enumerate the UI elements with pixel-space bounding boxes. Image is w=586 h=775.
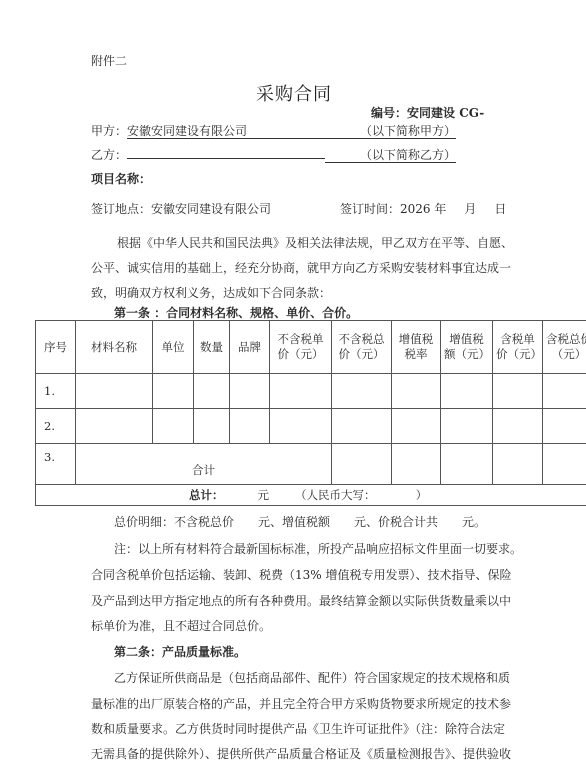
cell-total-ex-tax[interactable] [332,409,392,444]
cell-vat-amount[interactable] [441,409,493,444]
contract-number-value: 安同建设 CG- [407,106,484,120]
cell-vat-rate[interactable] [392,374,441,409]
table-header-row: 序号 材料名称 单位 数量 品牌 不含税单价（元） 不含税总价（元） 增值税税率… [36,321,586,374]
party-b-field[interactable] [127,158,325,159]
cell-vat-amount[interactable] [441,374,493,409]
article-2-line-1: 乙方保证所供商品是（包括商品部件、配件）符合国家规定的技术规格和质 [114,669,510,686]
col-header-quantity: 数量 [194,321,230,374]
note-line-4: 标单价为准，且不超过合同总价。 [91,617,271,634]
cell-quantity[interactable] [194,374,230,409]
sign-day: 日 [494,202,506,216]
article-2-line-3: 数和质量要求。乙方供货时同时提供产品《卫生许可证批件》（注：除符合法定 [91,720,505,737]
cell-total-ex-tax[interactable] [332,374,392,409]
row-seq: 3. [36,444,76,485]
cell-quantity[interactable] [194,409,230,444]
subtotal-vat-amount[interactable] [441,444,493,485]
col-header-unit-price-ex-tax: 不含税单价（元） [270,321,332,374]
cell-material-name[interactable] [76,374,153,409]
col-header-vat-rate: 增值税税率 [392,321,441,374]
col-header-unit: 单位 [153,321,194,374]
col-header-unit-price-inc-tax: 含税单价（元） [493,321,543,374]
party-b-label: 乙方： [91,148,127,162]
subtotal-row: 3. 合计 [36,444,586,485]
party-a-label: 甲方： [91,124,127,138]
sign-time-label: 签订时间： [340,202,400,216]
grand-total-cell: 总计：元（人民币大写： ） [36,485,586,506]
cell-unit-price-inc-tax[interactable] [493,409,543,444]
row-seq: 1. [36,374,76,409]
subtotal-unit-price-inc-tax[interactable] [493,444,543,485]
project-name-label: 项目名称： [91,170,151,187]
materials-table: 序号 材料名称 单位 数量 品牌 不含税单价（元） 不含税总价（元） 增值税税率… [35,320,586,506]
sign-year: 2026 年 [400,202,446,216]
contract-number-label: 编号： [371,106,407,120]
grand-total-row: 总计：元（人民币大写： ） [36,485,586,506]
note-line-1: 注：以上所有材料符合最新国标标准，所投产品响应招标文件里面一切要求。 [114,540,522,557]
article-2-line-2: 量标准的出厂原装合格的产品，并且完全符合甲方采购货物要求所规定的技术参 [91,695,511,712]
cell-total-inc-tax[interactable] [543,374,586,409]
grand-total-rmb-words: （人民币大写： ） [295,488,427,502]
row-seq: 2. [36,409,76,444]
cell-vat-rate[interactable] [392,409,441,444]
article-2-heading: 第二条：产品质量标准。 [114,643,246,660]
cell-brand[interactable] [230,409,270,444]
sign-time: 签订时间：2026 年月日 [340,200,506,217]
sign-month: 月 [464,202,476,216]
cell-unit[interactable] [153,409,194,444]
subtotal-total-ex-tax[interactable] [332,444,392,485]
document-title: 采购合同 [256,80,332,106]
subtotal-total-inc-tax[interactable] [543,444,586,485]
intro-line-3: 致，明确双方权利义务，达成如下合同条款： [91,284,331,301]
contract-number: 编号：安同建设 CG- [371,104,484,121]
party-a-field[interactable]: 安徽安同建设有限公司 [127,124,325,139]
table-row: 1. [36,374,586,409]
col-header-brand: 品牌 [230,321,270,374]
col-header-total-inc-tax: 含税总价（元） [543,321,586,374]
price-detail: 总价明细：不含税总价 元、增值税额 元、价税合计共 元。 [114,513,486,530]
col-header-material-name: 材料名称 [76,321,153,374]
cell-unit-price-ex-tax[interactable] [270,374,332,409]
col-header-seq: 序号 [36,321,76,374]
party-a-note: （以下简称甲方） [325,124,456,139]
party-b-line: 乙方：（以下简称乙方） [91,146,456,163]
cell-brand[interactable] [230,374,270,409]
article-2-line-4: 无需具备的提供除外）、提供所供产品质量合格证及《质量检测报告》、提供验收 [91,745,511,762]
attachment-label: 附件二 [91,52,127,69]
intro-line-2: 公平、诚实信用的基础上，经充分协商，就甲方向乙方采购安装材料事宜达成一 [91,259,511,276]
cell-total-inc-tax[interactable] [543,409,586,444]
sign-place-value: 安徽安同建设有限公司 [151,202,271,216]
party-a-line: 甲方：安徽安同建设有限公司（以下简称甲方） [91,122,456,139]
grand-total-unit: 元 [258,488,270,502]
cell-unit-price-inc-tax[interactable] [493,374,543,409]
col-header-total-ex-tax: 不含税总价（元） [332,321,392,374]
note-line-3: 及产品到达甲方指定地点的所有各种费用。最终结算金额以实际供货数量乘以中 [91,592,511,609]
cell-unit[interactable] [153,374,194,409]
intro-line-1: 根据《中华人民共和国民法典》及相关法律法规，甲乙双方在平等、自愿、 [117,234,513,251]
note-line-2: 合同含税单价包括运输、装卸、税费（13% 增值税专用发票）、技术指导、保险 [91,566,512,583]
subtotal-vat-rate[interactable] [392,444,441,485]
cell-material-name[interactable] [76,409,153,444]
party-b-note: （以下简称乙方） [325,148,456,163]
sign-place-label: 签订地点： [91,202,151,216]
grand-total-label: 总计： [189,488,224,502]
party-a-value: 安徽安同建设有限公司 [127,124,247,138]
cell-unit-price-ex-tax[interactable] [270,409,332,444]
table-row: 2. [36,409,586,444]
subtotal-label: 合计 [76,444,332,485]
article-1-heading: 第一条 ：合同材料名称、规格、单价、合价。 [114,304,358,321]
col-header-vat-amount: 增值税额（元） [441,321,493,374]
sign-place: 签订地点：安徽安同建设有限公司 [91,200,271,217]
